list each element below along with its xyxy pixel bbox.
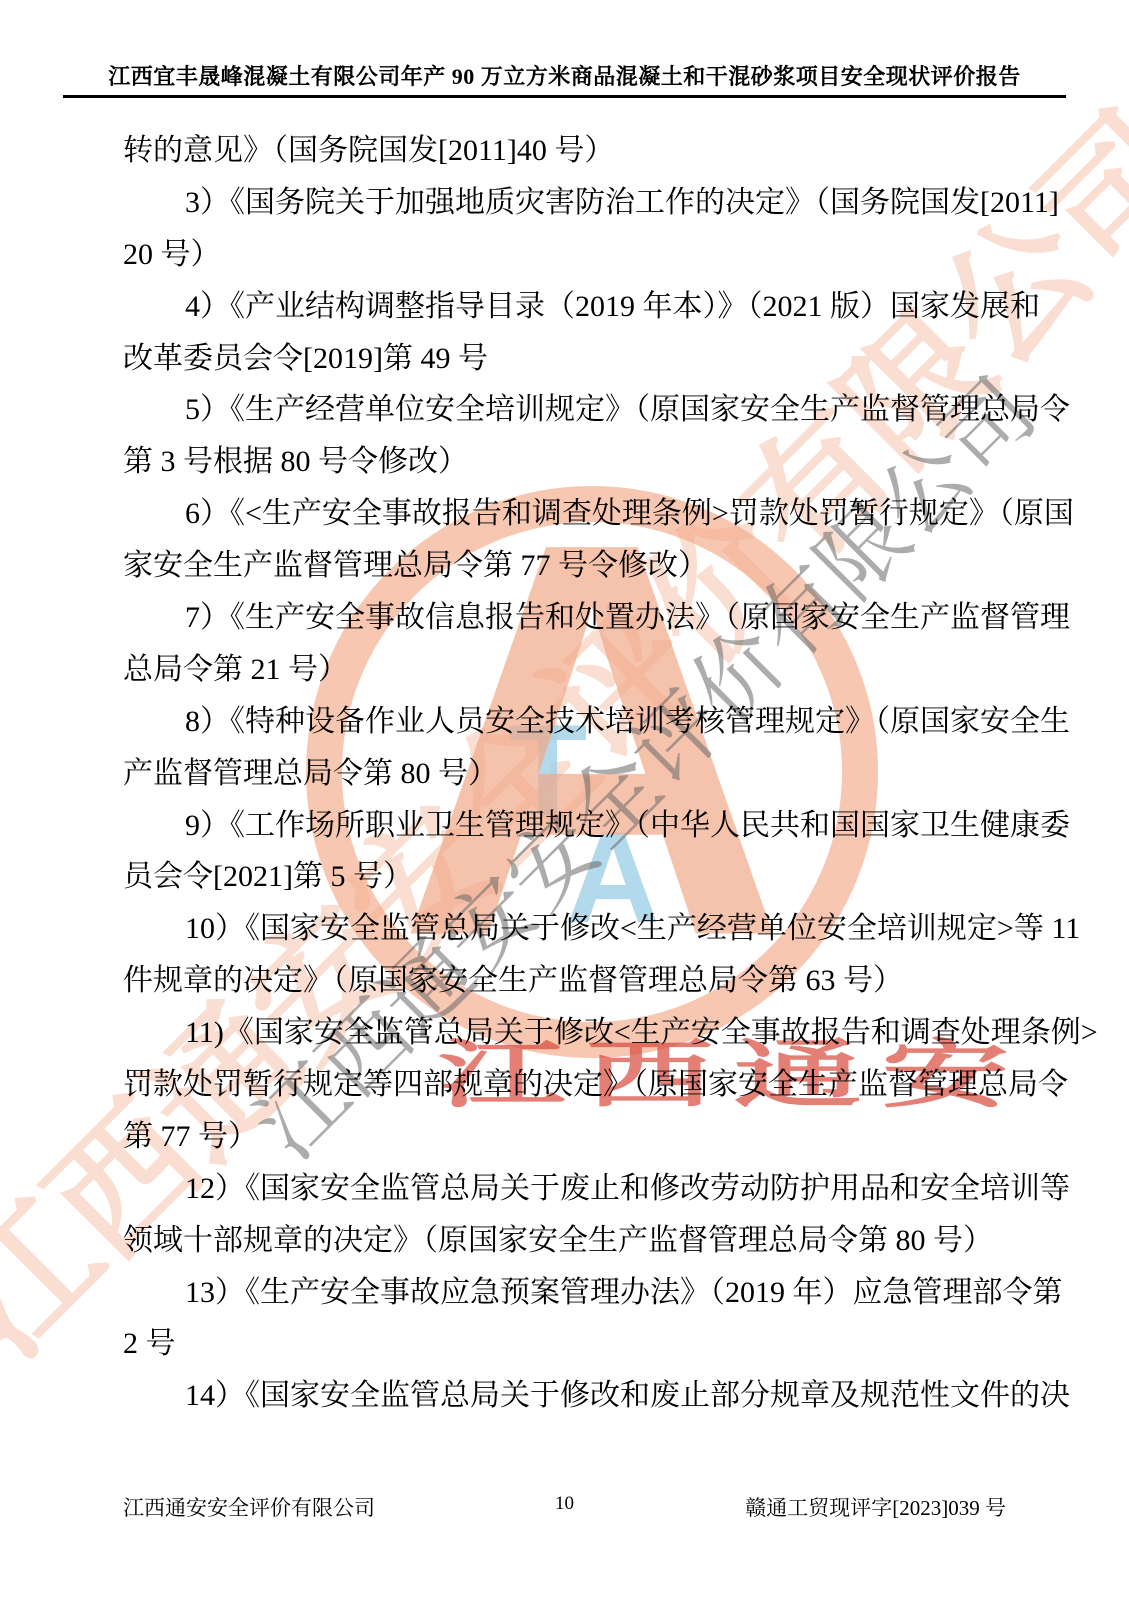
body-line: 10）《国家安全监管总局关于修改<生产经营单位安全培训规定>等 11 xyxy=(123,903,1006,955)
body-line: 8）《特种设备作业人员安全技术培训考核管理规定》（原国家安全生 xyxy=(123,696,1006,748)
body-line: 家安全生产监督管理总局令第 77 号令修改） xyxy=(123,540,1006,592)
body-line: 第 3 号根据 80 号令修改） xyxy=(123,436,1006,488)
body-line: 2 号 xyxy=(123,1318,1006,1370)
body-line: 第 77 号） xyxy=(123,1111,1006,1163)
body-line: 员会令[2021]第 5 号） xyxy=(123,851,1006,903)
page-footer: 江西通安安全评价有限公司 10 赣通工贸现评字[2023]039 号 xyxy=(123,1492,1006,1524)
body-line: 总局令第 21 号） xyxy=(123,644,1006,696)
page-header-title: 江西宜丰晟峰混凝土有限公司年产 90 万立方米商品混凝土和干混砂浆项目安全现状评… xyxy=(63,60,1066,91)
body-line: 13）《生产安全事故应急预案管理办法》（2019 年）应急管理部令第 xyxy=(123,1267,1006,1319)
body-line: 5）《生产经营单位安全培训规定》（原国家安全生产监督管理总局令 xyxy=(123,384,1006,436)
body-line: 9）《工作场所职业卫生管理规定》（中华人民共和国国家卫生健康委 xyxy=(123,800,1006,852)
body-line: 3）《国务院关于加强地质灾害防治工作的决定》（国务院国发[2011] xyxy=(123,177,1006,229)
header-divider xyxy=(63,95,1066,98)
body-line: 罚款处罚暂行规定等四部规章的决定》（原国家安全生产监督管理总局令 xyxy=(123,1059,1006,1111)
body-line: 14）《国家安全监管总局关于修改和废止部分规章及规范性文件的决 xyxy=(123,1370,1006,1422)
body-line: 11)《国家安全监管总局关于修改<生产安全事故报告和调查处理条例> xyxy=(123,1007,1006,1059)
body-line: 转的意见》（国务院国发[2011]40 号） xyxy=(123,125,1006,177)
body-line: 件规章的决定》（原国家安全生产监督管理总局令第 63 号） xyxy=(123,955,1006,1007)
body-line: 4）《产业结构调整指导目录（2019 年本）》（2021 版）国家发展和 xyxy=(123,281,1006,333)
body-line: 7）《生产安全事故信息报告和处置办法》（原国家安全生产监督管理 xyxy=(123,592,1006,644)
body-line: 领域十部规章的决定》（原国家安全生产监督管理总局令第 80 号） xyxy=(123,1215,1006,1267)
document-page: 江西通安安全评价有限公司 T A A 江西通安安全评价有限公司 江西通安 江西宜… xyxy=(0,0,1129,1600)
body-line: 20 号） xyxy=(123,229,1006,281)
body-line: 产监督管理总局令第 80 号） xyxy=(123,748,1006,800)
body-line: 12）《国家安全监管总局关于废止和修改劳动防护用品和安全培训等 xyxy=(123,1163,1006,1215)
body-line: 6）《<生产安全事故报告和调查处理条例>罚款处罚暂行规定》（原国 xyxy=(123,488,1006,540)
body-line: 改革委员会令[2019]第 49 号 xyxy=(123,333,1006,385)
footer-doc-number: 赣通工贸现评字[2023]039 号 xyxy=(745,1492,1006,1522)
body-text: 转的意见》（国务院国发[2011]40 号）3）《国务院关于加强地质灾害防治工作… xyxy=(123,125,1006,1422)
